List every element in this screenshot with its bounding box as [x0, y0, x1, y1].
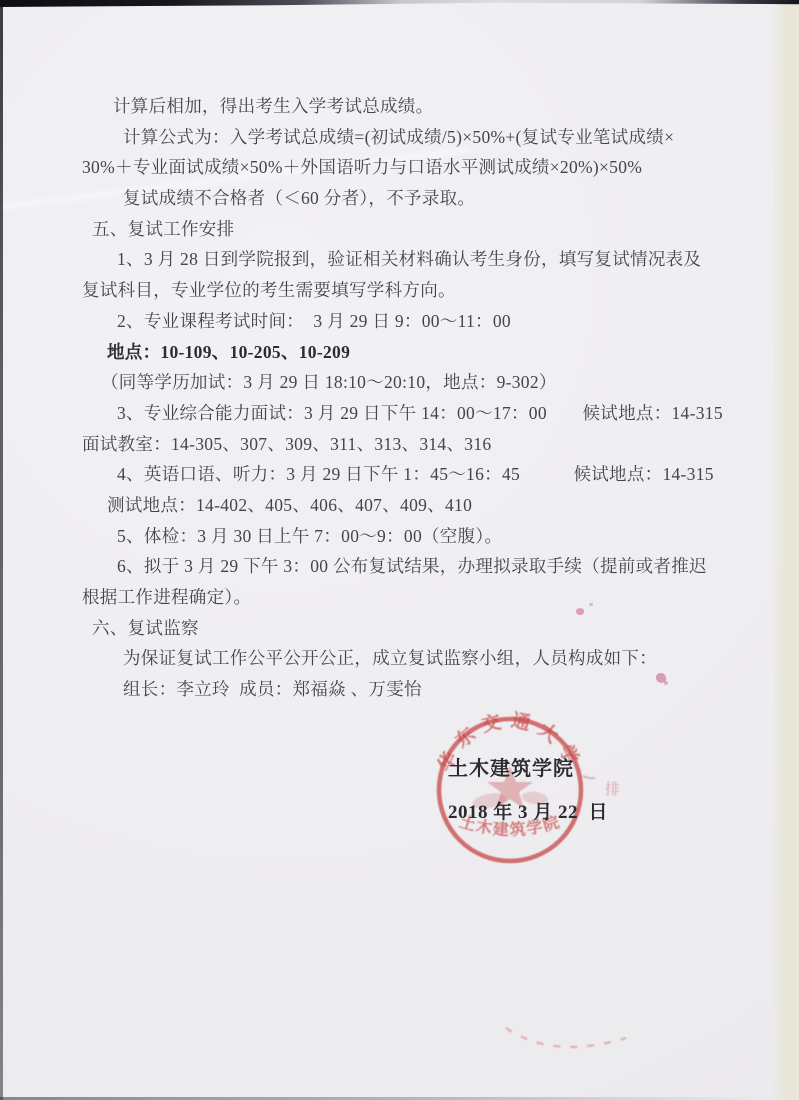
remnant-arc-path [506, 1028, 626, 1047]
text-line: 计算公式为：入学考试总成绩=(初试成绩/5)×50%+(复试专业笔试成绩× [0, 122, 799, 153]
signature-date: 2018 年 3 月 22 日 [448, 797, 608, 824]
scanner-background-strip [772, 0, 799, 1100]
seal-ink-fragment [583, 776, 595, 778]
text-line: 为保证复试工作公平公开公正，成立复试监察小组，人员构成如下： [0, 643, 799, 674]
document-lines: 计算后相加，得出考生入学考试总成绩。计算公式为：入学考试总成绩=(初试成绩/5)… [0, 91, 799, 705]
text-line: （同等学历加试：3 月 29 日 18:10～20:10，地点：9-302） [0, 367, 799, 398]
text-line: 5、体检：3 月 30 日上午 7：00～9：00（空腹）。 [0, 521, 799, 552]
text-line: 组长：李立玲 成员：郑福焱 、万雯怡 [0, 674, 799, 705]
text-line: 面试教室：14-305、307、309、311、313、314、316 [0, 429, 799, 460]
text-line: 3、专业综合能力面试：3 月 29 日下午 14：00～17：00 候试地点：1… [0, 398, 799, 429]
text-line: 计算后相加，得出考生入学考试总成绩。 [0, 91, 799, 122]
text-line: 4、英语口语、听力：3 月 29 日下午 1：45～16：45 候试地点：14-… [0, 459, 799, 490]
text-line: 复试成绩不合格者（＜60 分者），不予录取。 [0, 183, 799, 214]
text-line: 复试科目，专业学位的考生需要填写学科方向。 [0, 275, 799, 306]
text-line: 根据工作进程确定）。 [0, 582, 799, 613]
seal-ink-fragment: 排 [605, 781, 620, 798]
scanned-document-page: 计算后相加，得出考生入学考试总成绩。计算公式为：入学考试总成绩=(初试成绩/5)… [0, 0, 799, 1100]
stamp-remnant-arc [498, 1018, 638, 1068]
text-line: 六、复试监察 [0, 613, 799, 644]
text-line: 地点：10-109、10-205、10-209 [0, 337, 799, 368]
text-line: 1、3 月 28 日到学院报到，验证相关材料确认考生身份，填写复试情况表及 [0, 244, 799, 275]
text-line: 五、复试工作安排 [0, 214, 799, 245]
scan-edge-top [0, 0, 799, 7]
official-seal-stamp: 华东交通大学 土木建筑学院 排 [423, 706, 658, 881]
scan-edge-left [0, 0, 3, 1100]
text-line: 测试地点：14-402、405、406、407、409、410 [0, 490, 799, 521]
text-line: 2、专业课程考试时间： 3 月 29 日 9：00～11：00 [0, 306, 799, 337]
text-line: 30%＋专业面试成绩×50%＋外国语听力与口语水平测试成绩×20%)×50% [0, 152, 799, 183]
signature-organization: 土木建筑学院 [448, 752, 574, 781]
text-line: 6、拟于 3 月 29 下午 3：00 公布复试结果，办理拟录取手续（提前或者推… [0, 551, 799, 582]
